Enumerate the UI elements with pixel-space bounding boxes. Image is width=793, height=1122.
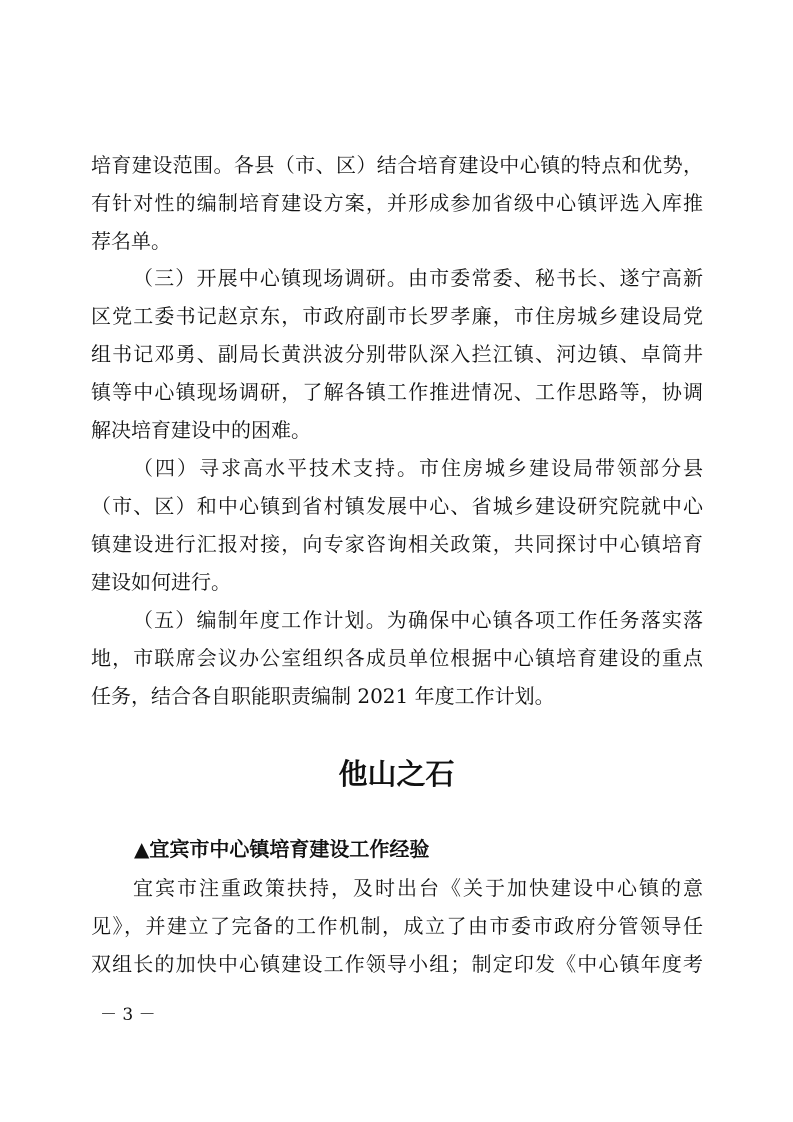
paragraph-2-line-5: 解决培育建设中的困难。: [91, 417, 703, 443]
paragraph-3-line-2: （市、区）和中心镇到省村镇发展中心、省城乡建设研究院就中心: [91, 493, 703, 519]
paragraph-2-line-2: 区党工委书记赵京东，市政府副市长罗孝廉，市住房城乡建设局党: [91, 303, 703, 329]
section-paragraph-line-1: 宜宾市注重政策扶持，及时出台《关于加快建设中心镇的意: [133, 875, 703, 901]
section-paragraph-line-2: 见》，并建立了完备的工作机制，成立了由市委市政府分管领导任: [91, 913, 703, 939]
document-page: 培育建设范围。各县（市、区）结合培育建设中心镇的特点和优势， 有针对性的编制培育…: [0, 0, 793, 1122]
subheading: ▲宜宾市中心镇培育建设工作经验: [134, 836, 429, 862]
section-paragraph-line-3: 双组长的加快中心镇建设工作领导小组；制定印发《中心镇年度考: [91, 951, 703, 977]
paragraph-2-line-4: 镇等中心镇现场调研，了解各镇工作推进情况、工作思路等，协调: [91, 379, 703, 405]
paragraph-3-line-3: 镇建设进行汇报对接，向专家咨询相关政策，共同探讨中心镇培育: [91, 531, 703, 557]
paragraph-3-line-4: 建设如何进行。: [91, 569, 703, 595]
paragraph-1-line-1: 培育建设范围。各县（市、区）结合培育建设中心镇的特点和优势，: [91, 152, 703, 178]
paragraph-1-line-3: 荐名单。: [91, 228, 703, 254]
paragraph-4-line-1: （五）编制年度工作计划。为确保中心镇各项工作任务落实落: [133, 607, 703, 633]
paragraph-4-line-2: 地，市联席会议办公室组织各成员单位根据中心镇培育建设的重点: [91, 645, 703, 671]
paragraph-3-line-1: （四）寻求高水平技术支持。市住房城乡建设局带领部分县: [133, 455, 703, 481]
page-number: － 3 －: [100, 1004, 156, 1026]
section-title: 他山之石: [0, 756, 793, 792]
paragraph-4-line-3: 任务，结合各自职能职责编制 2021 年度工作计划。: [91, 683, 703, 709]
paragraph-2-line-3: 组书记邓勇、副局长黄洪波分别带队深入拦江镇、河边镇、卓筒井: [91, 341, 703, 367]
paragraph-2-line-1: （三）开展中心镇现场调研。由市委常委、秘书长、遂宁高新: [133, 265, 703, 291]
paragraph-1-line-2: 有针对性的编制培育建设方案，并形成参加省级中心镇评选入库推: [91, 190, 703, 216]
